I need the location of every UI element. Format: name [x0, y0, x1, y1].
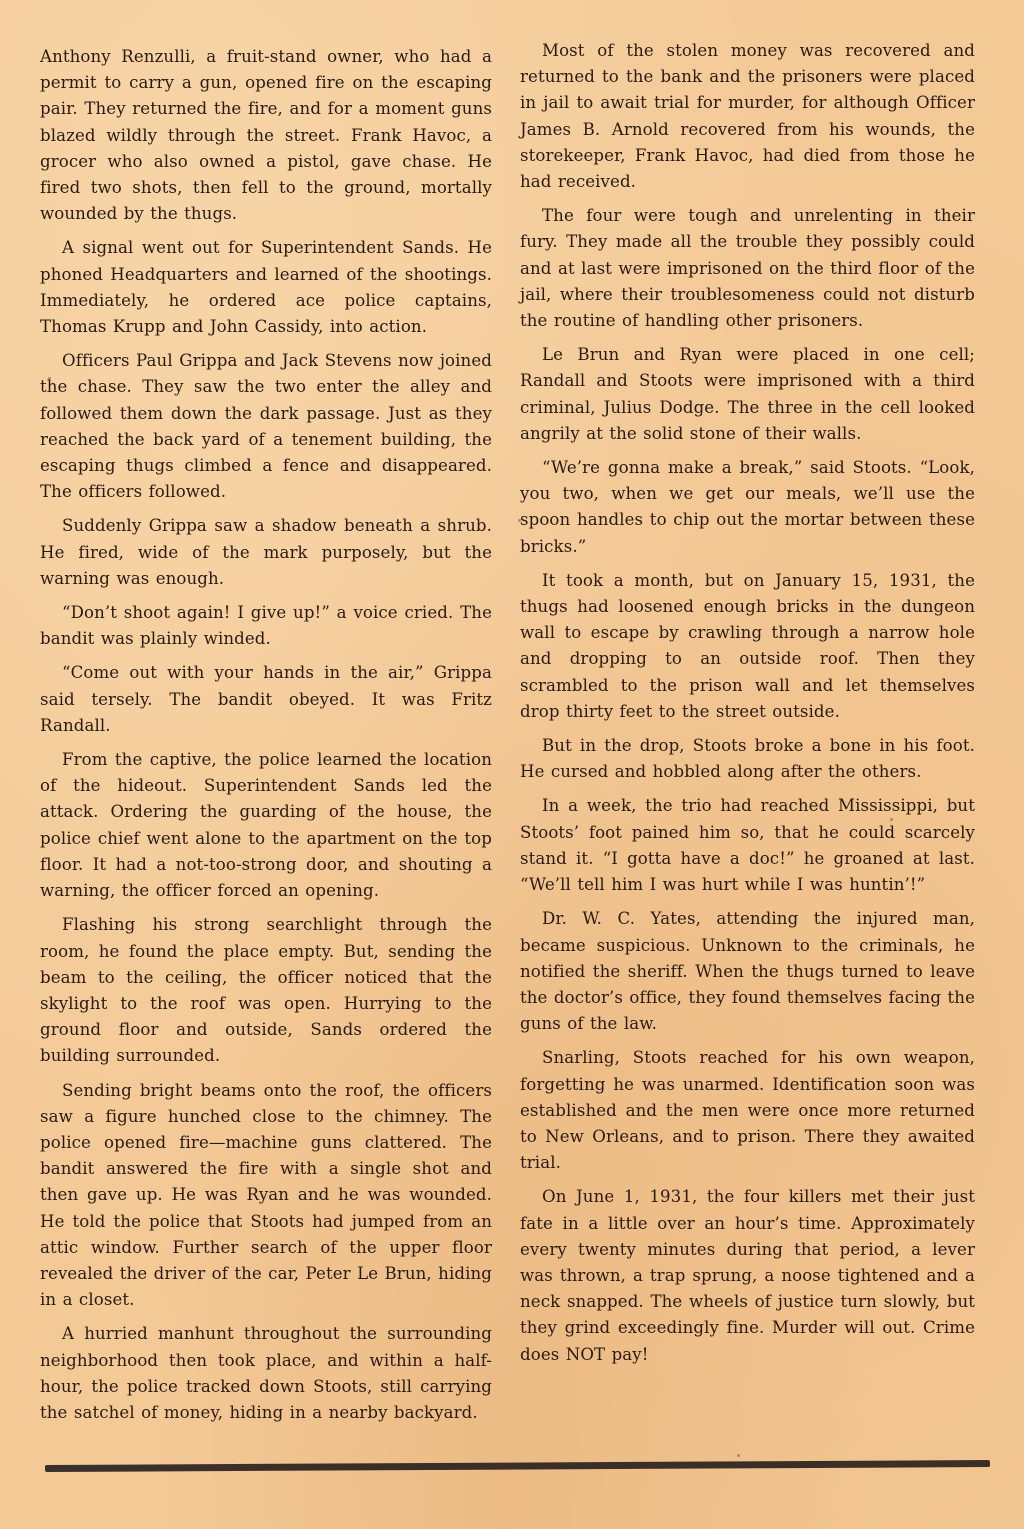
paragraph: A hurried manhunt throughout the surroun…: [40, 1321, 492, 1426]
paragraph: Le Brun and Ryan were placed in one cell…: [520, 342, 975, 447]
paragraph: “Don’t shoot again! I give up!” a voice …: [40, 600, 492, 652]
paragraph: “Come out with your hands in the air,” G…: [40, 660, 492, 739]
paper-speck: [518, 519, 521, 522]
paper-speck: [48, 377, 51, 380]
paragraph: The four were tough and unrelenting in t…: [520, 203, 975, 334]
paragraph: Most of the stolen money was recovered a…: [520, 38, 975, 195]
paragraph: Officers Paul Grippa and Jack Stevens no…: [40, 348, 492, 505]
paragraph: Dr. W. C. Yates, attending the injured m…: [520, 906, 975, 1037]
paragraph: “We’re gonna make a break,” said Stoots.…: [520, 455, 975, 560]
paragraph: Suddenly Grippa saw a shadow beneath a s…: [40, 513, 492, 592]
left-column: Anthony Renzulli, a fruit-stand owner, w…: [40, 44, 492, 1434]
paragraph: On June 1, 1931, the four killers met th…: [520, 1184, 975, 1367]
paragraph: But in the drop, Stoots broke a bone in …: [520, 733, 975, 785]
paper-speck: [737, 1454, 740, 1457]
paragraph: A signal went out for Superintendent San…: [40, 235, 492, 340]
paragraph: Anthony Renzulli, a fruit-stand owner, w…: [40, 44, 492, 227]
paper-speck: [890, 818, 893, 821]
paragraph: Sending bright beams onto the roof, the …: [40, 1078, 492, 1314]
paragraph: In a week, the trio had reached Mississi…: [520, 793, 975, 898]
paragraph: From the captive, the police learned the…: [40, 747, 492, 904]
paragraph: Snarling, Stoots reached for his own wea…: [520, 1045, 975, 1176]
paragraph: It took a month, but on January 15, 1931…: [520, 568, 975, 725]
right-column: Most of the stolen money was recovered a…: [520, 38, 975, 1376]
bottom-divider-rule: [45, 1460, 990, 1472]
paragraph: Flashing his strong searchlight through …: [40, 912, 492, 1069]
comic-text-page: Anthony Renzulli, a fruit-stand owner, w…: [0, 0, 1024, 1529]
